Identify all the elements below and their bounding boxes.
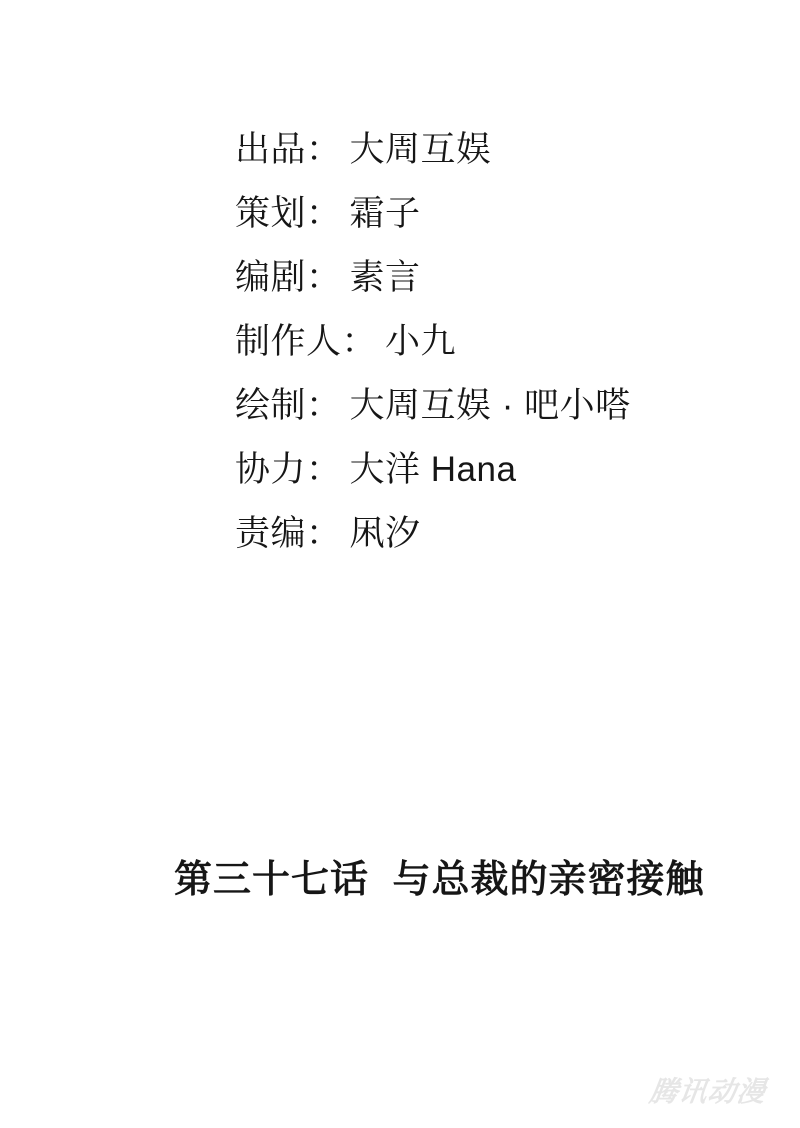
credit-value: 大洋 Hana bbox=[350, 450, 517, 489]
credit-line-assistance: 协力：大洋 Hana bbox=[235, 438, 631, 502]
credit-line-editor: 责编：凩汐 bbox=[235, 502, 631, 566]
credit-value: 凩汐 bbox=[350, 514, 421, 553]
credit-value: 霜子 bbox=[350, 194, 421, 233]
credit-label: 绘制： bbox=[235, 386, 342, 425]
credit-label: 制作人： bbox=[235, 322, 377, 361]
credit-value: 大周互娱 · 吧小嗒 bbox=[350, 386, 631, 425]
credit-line-production-lead: 制作人：小九 bbox=[235, 310, 631, 374]
credit-line-planning: 策划：霜子 bbox=[235, 182, 631, 246]
tencent-comics-watermark: 腾讯动漫 bbox=[647, 1070, 769, 1110]
credit-label: 编剧： bbox=[235, 258, 342, 297]
credit-value: 素言 bbox=[350, 258, 421, 297]
chapter-title: 第三十七话 与总裁的亲密接触 bbox=[174, 848, 705, 903]
credit-label: 责编： bbox=[235, 514, 342, 553]
credit-line-art: 绘制：大周互娱 · 吧小嗒 bbox=[235, 374, 631, 438]
credit-line-producer: 出品：大周互娱 bbox=[235, 118, 631, 182]
comic-credits-page: 出品：大周互娱 策划：霜子 编剧：素言 制作人：小九 绘制：大周互娱 · 吧小嗒… bbox=[0, 0, 800, 1128]
credit-value: 大周互娱 bbox=[350, 130, 492, 169]
credit-value: 小九 bbox=[385, 322, 456, 361]
credit-label: 策划： bbox=[235, 194, 342, 233]
credit-label: 出品： bbox=[235, 130, 342, 169]
credit-label: 协力： bbox=[235, 450, 342, 489]
credits-block: 出品：大周互娱 策划：霜子 编剧：素言 制作人：小九 绘制：大周互娱 · 吧小嗒… bbox=[235, 118, 631, 566]
credit-line-screenwriter: 编剧：素言 bbox=[235, 246, 631, 310]
